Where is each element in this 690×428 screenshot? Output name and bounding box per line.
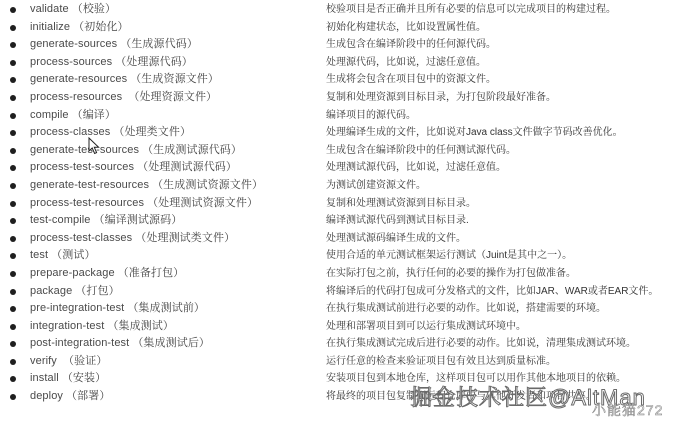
phase-description: 编译测试源代码到测试目标目录. [326,212,469,230]
list-item: compile（编译）编译项目的源代码。 [0,107,690,125]
phase-name: process-test-sources（处理测试源代码） [30,159,237,177]
phase-name: generate-test-resources（生成测试资源文件） [30,177,263,195]
list-item: process-test-resources（处理测试资源文件）复制和处理测试资… [0,195,690,213]
bullet-icon [10,95,16,101]
list-item: initialize（初始化）初始化构建状态，比如设置属性值。 [0,19,690,37]
phase-name: compile（编译） [30,107,116,125]
bullet-icon [10,394,16,400]
bullet-icon [10,341,16,347]
phase-name: process-classes（处理类文件） [30,124,191,142]
list-item: validate（校验）校验项目是否正确并且所有必要的信息可以完成项目的构建过程… [0,1,690,19]
bullet-icon [10,306,16,312]
phase-description: 在执行集成测试完成后进行必要的动作。比如说，清理集成测试环境。 [326,335,636,353]
bullet-icon [10,289,16,295]
list-item: process-test-sources（处理测试源代码）处理测试源代码，比如说… [0,159,690,177]
phase-description: 复制和处理测试资源到目标目录。 [326,195,476,213]
phase-description: 初始化构建状态，比如设置属性值。 [326,19,486,37]
list-item: integration-test（集成测试）处理和部署项目到可以运行集成测试环境… [0,318,690,336]
phase-description: 处理测试源代码，比如说，过滤任意值。 [326,159,506,177]
phase-name: post-integration-test（集成测试后） [30,335,210,353]
phase-name: integration-test（集成测试） [30,318,174,336]
bullet-icon [10,236,16,242]
phase-name: initialize（初始化） [30,19,129,37]
bullet-icon [10,165,16,171]
bullet-icon [10,25,16,31]
maven-lifecycle-list: validate（校验）校验项目是否正确并且所有必要的信息可以完成项目的构建过程… [0,1,690,406]
bullet-icon [10,113,16,119]
phase-name: test-compile（编译测试源码） [30,212,182,230]
list-item: pre-integration-test（集成测试前）在执行集成测试前进行必要的… [0,300,690,318]
phase-description: 生成将会包含在项目包中的资源文件。 [326,71,496,89]
phase-description: 处理测试源码编译生成的文件。 [326,230,466,248]
phase-name: package（打包） [30,283,120,301]
bullet-icon [10,148,16,154]
bullet-icon [10,183,16,189]
bullet-icon [10,218,16,224]
phase-name: pre-integration-test（集成测试前） [30,300,205,318]
mouse-cursor-icon [88,137,102,155]
bullet-icon [10,253,16,259]
bullet-icon [10,7,16,13]
list-item: generate-sources（生成源代码）生成包含在编译阶段中的任何源代码。 [0,36,690,54]
bullet-icon [10,60,16,66]
phase-name: test（测试） [30,247,96,265]
bullet-icon [10,376,16,382]
bullet-icon [10,324,16,330]
phase-name: process-resources （处理资源文件） [30,89,217,107]
list-item: generate-test-sources（生成测试源代码）生成包含在编译阶段中… [0,142,690,160]
phase-name: verify （验证） [30,353,107,371]
bullet-icon [10,359,16,365]
phase-description: 复制和处理资源到目标目录，为打包阶段最好准备。 [326,89,556,107]
phase-name: deploy（部署） [30,388,110,406]
phase-description: 编译项目的源代码。 [326,107,416,125]
phase-description: 使用合适的单元测试框架运行测试（Juint是其中之一）。 [326,247,572,265]
list-item: verify （验证）运行任意的检查来验证项目包有效且达到质量标准。 [0,353,690,371]
phase-name: process-test-resources（处理测试资源文件） [30,195,258,213]
bullet-icon [10,130,16,136]
list-item: process-resources （处理资源文件）复制和处理资源到目标目录，为… [0,89,690,107]
phase-name: process-sources（处理源代码） [30,54,193,72]
list-item: package（打包）将编译后的代码打包成可分发格式的文件，比如JAR、WAR或… [0,283,690,301]
phase-name: prepare-package（准备打包） [30,265,184,283]
phase-description: 在实际打包之前，执行任何的必要的操作为打包做准备。 [326,265,576,283]
phase-name: generate-sources（生成源代码） [30,36,198,54]
phase-description: 在执行集成测试前进行必要的动作。比如说，搭建需要的环境。 [326,300,606,318]
list-item: process-sources（处理源代码）处理源代码，比如说，过滤任意值。 [0,54,690,72]
phase-name: process-test-classes（处理测试类文件） [30,230,235,248]
bullet-icon [10,201,16,207]
phase-description: 处理编译生成的文件，比如说对Java class文件做字节码改善优化。 [326,124,623,142]
list-item: process-classes（处理类文件）处理编译生成的文件，比如说对Java… [0,124,690,142]
phase-description: 校验项目是否正确并且所有必要的信息可以完成项目的构建过程。 [326,1,616,19]
list-item: generate-test-resources（生成测试资源文件）为测试创建资源… [0,177,690,195]
phase-description: 处理和部署项目到可以运行集成测试环境中。 [326,318,526,336]
list-item: post-integration-test（集成测试后）在执行集成测试完成后进行… [0,335,690,353]
phase-name: generate-resources（生成资源文件） [30,71,219,89]
phase-name: install（安装） [30,370,106,388]
phase-description: 将编译后的代码打包成可分发格式的文件，比如JAR、WAR或者EAR文件。 [326,283,658,301]
list-item: generate-resources（生成资源文件）生成将会包含在项目包中的资源… [0,71,690,89]
phase-description: 生成包含在编译阶段中的任何源代码。 [326,36,496,54]
phase-description: 为测试创建资源文件。 [326,177,426,195]
bullet-icon [10,77,16,83]
list-item: test（测试）使用合适的单元测试框架运行测试（Juint是其中之一）。 [0,247,690,265]
list-item: test-compile（编译测试源码）编译测试源代码到测试目标目录. [0,212,690,230]
phase-name: validate（校验） [30,1,116,19]
bullet-icon [10,271,16,277]
phase-description: 运行任意的检查来验证项目包有效且达到质量标准。 [326,353,556,371]
phase-name: generate-test-sources（生成测试源代码） [30,142,242,160]
list-item: process-test-classes（处理测试类文件）处理测试源码编译生成的… [0,230,690,248]
phase-description: 处理源代码，比如说，过滤任意值。 [326,54,486,72]
list-item: prepare-package（准备打包）在实际打包之前，执行任何的必要的操作为… [0,265,690,283]
bullet-icon [10,42,16,48]
watermark-sub: 小能猫272 [592,400,663,420]
phase-description: 生成包含在编译阶段中的任何测试源代码。 [326,142,516,160]
